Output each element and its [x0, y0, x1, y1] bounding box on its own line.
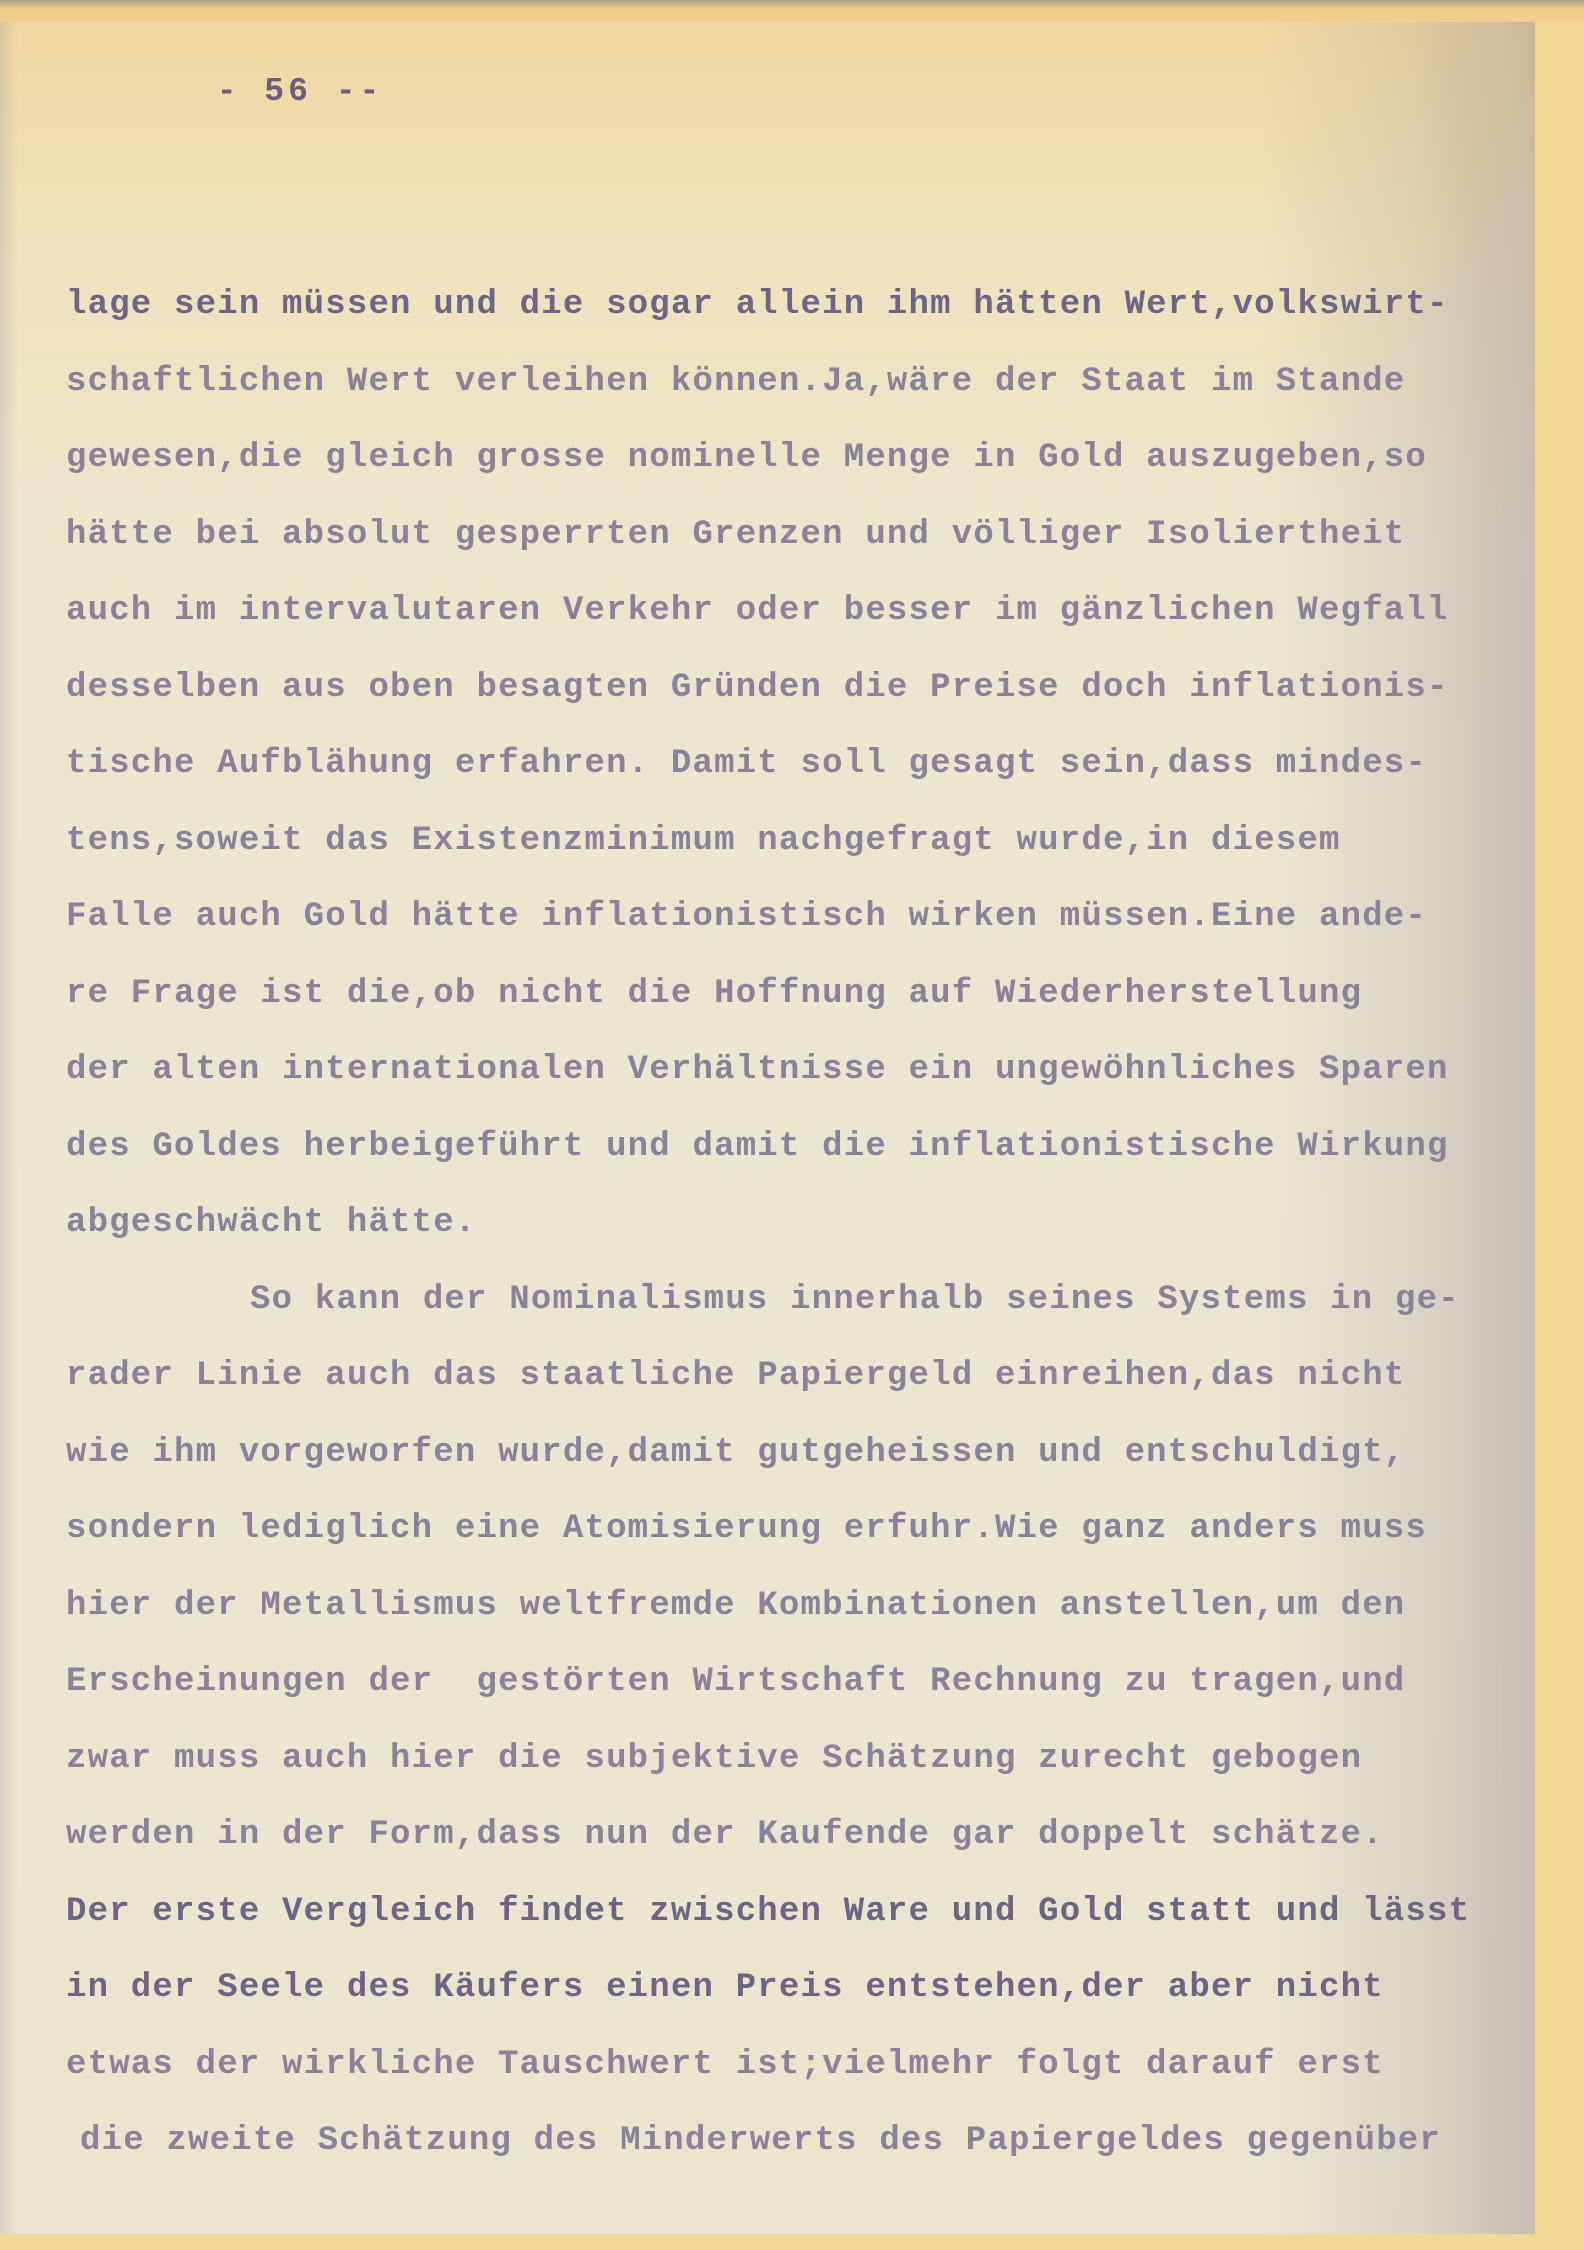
text-line: tische Aufblähung erfahren. Damit soll g… — [66, 744, 1536, 821]
text-line: tens,soweit das Existenzminimum nachgefr… — [66, 821, 1536, 898]
paragraph-2: So kann der Nominalismus innerhalb seine… — [66, 1280, 1536, 2198]
text-line: werden in der Form,dass nun der Kaufende… — [66, 1815, 1536, 1892]
text-line: abgeschwächt hätte. — [66, 1203, 1536, 1280]
text-line: rader Linie auch das staatliche Papierge… — [66, 1356, 1536, 1433]
text-line: des Goldes herbeigeführt und damit die i… — [66, 1127, 1536, 1204]
text-line: gewesen,die gleich grosse nominelle Meng… — [66, 438, 1536, 515]
text-line: sondern lediglich eine Atomisierung erfu… — [66, 1509, 1536, 1586]
text-line: wie ihm vorgeworfen wurde,damit gutgehei… — [66, 1433, 1536, 1510]
text-line: hier der Metallismus weltfremde Kombinat… — [66, 1586, 1536, 1663]
text-line: desselben aus oben besagten Gründen die … — [66, 668, 1536, 745]
scan-top-edge — [0, 0, 1584, 22]
text-line: re Frage ist die,ob nicht die Hoffnung a… — [66, 974, 1536, 1051]
page-number: - 56 -- — [0, 73, 600, 110]
text-line: zwar muss auch hier die subjektive Schät… — [66, 1739, 1536, 1816]
paper-left-edge-shadow — [0, 22, 18, 2234]
text-line: Erscheinungen der gestörten Wirtschaft R… — [66, 1662, 1536, 1739]
text-line: hätte bei absolut gesperrten Grenzen und… — [66, 515, 1536, 592]
text-line: der alten internationalen Verhältnisse e… — [66, 1050, 1536, 1127]
text-line: So kann der Nominalismus innerhalb seine… — [66, 1280, 1536, 1357]
text-line: Der erste Vergleich findet zwischen Ware… — [66, 1892, 1536, 1969]
text-line: die zweite Schätzung des Minderwerts des… — [66, 2121, 1536, 2198]
text-line: lage sein müssen und die sogar allein ih… — [66, 285, 1536, 362]
text-line: etwas der wirkliche Tauschwert ist;vielm… — [66, 2045, 1536, 2122]
text-line: in der Seele des Käufers einen Preis ent… — [66, 1968, 1536, 2045]
text-line: Falle auch Gold hätte inflationistisch w… — [66, 897, 1536, 974]
typewritten-body: lage sein müssen und die sogar allein ih… — [66, 285, 1536, 2198]
text-line: schaftlichen Wert verleihen können.Ja,wä… — [66, 362, 1536, 439]
paragraph-1: lage sein müssen und die sogar allein ih… — [66, 285, 1536, 1280]
text-line: auch im intervalutaren Verkehr oder bess… — [66, 591, 1536, 668]
